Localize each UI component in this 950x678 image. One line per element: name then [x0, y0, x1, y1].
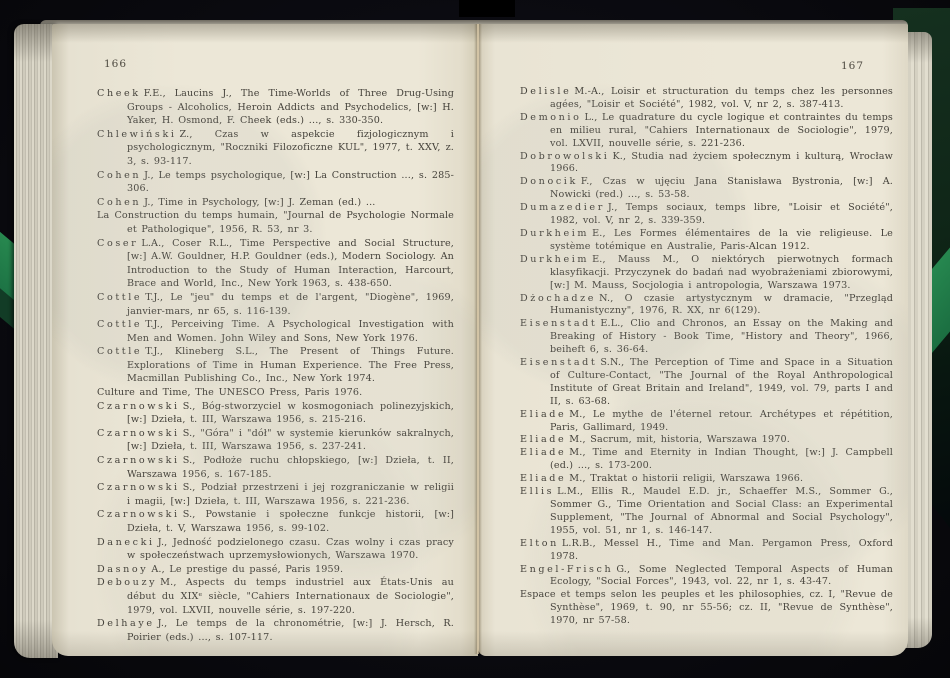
bibliography-entry: DonocikF., Czas w ujęciu Jana Stanisława…	[520, 176, 893, 202]
author-name: Cottle	[97, 292, 145, 303]
bibliography-entry: CottleT.J., Le "jeu" du temps et de l'ar…	[97, 291, 454, 318]
bibliography-entry: EltonL.R.B., Messel H., Time and Man. Pe…	[520, 538, 893, 564]
author-name: Eisenstadt	[520, 318, 600, 329]
bibliography-entry: DelisleM.-A., Loisir et structuration du…	[520, 86, 893, 112]
bibliography-entry: DasnoyA., Le prestige du passé, Paris 19…	[97, 563, 454, 577]
bibliography-entry: CzarnowskiS., "Góra" i "dół" w systemie …	[97, 427, 454, 454]
page-edges-right	[904, 32, 932, 648]
bibliography-entry: EisenstadtS.N., The Perception of Time a…	[520, 357, 893, 409]
bibliography-entry: DumazedierJ., Temps sociaux, temps libre…	[520, 202, 893, 228]
author-name: Danecki	[97, 537, 158, 548]
bibliography-entry: EisenstadtE.L., Clio and Chronos, an Ess…	[520, 318, 893, 357]
author-name: Eliade	[520, 409, 569, 420]
page-right: 167 DelisleM.-A., Loisir et structuratio…	[478, 24, 908, 656]
bibliography-entry: DurkheimE., Mauss M., O niektórych pierw…	[520, 254, 893, 293]
bibliography-entry: EliadeM., Time and Eternity in Indian Th…	[520, 447, 893, 473]
author-name: Cottle	[97, 346, 145, 357]
page-number-left: 166	[104, 58, 478, 70]
book-gutter	[474, 24, 482, 654]
author-name: Delisle	[520, 86, 574, 97]
bibliography-entry: DurkheimE., Les Formes élémentaires de l…	[520, 228, 893, 254]
bibliography-entry: CzarnowskiS., Bóg-stworzyciel w kosmogon…	[97, 400, 454, 427]
author-name: Dumazedier	[520, 202, 608, 213]
author-name: Delhaye	[97, 618, 158, 629]
bibliography-entry: EliadeM., Traktat o historii religii, Wa…	[520, 473, 893, 486]
author-name: Engel-Frisch	[520, 564, 616, 575]
author-name: Cohen	[97, 170, 144, 181]
bibliography-entry: CottleT.J., Perceiving Time. A Psycholog…	[97, 318, 454, 345]
author-name: Dżochadze	[520, 293, 599, 304]
author-name: Czarnowski	[97, 509, 183, 520]
author-name: Ellis	[520, 486, 557, 497]
bibliography-entry: CohenJ., Time in Psychology, [w:] J. Zem…	[97, 196, 454, 210]
author-name: Czarnowski	[97, 482, 183, 493]
author-name: Cheek	[97, 88, 144, 99]
author-name: Eliade	[520, 473, 569, 484]
bibliography-entry: DebouzyM., Aspects du temps industriel a…	[97, 576, 454, 617]
author-name: Eliade	[520, 447, 569, 458]
bibliography-entry: DemonioL., Le quadrature du cycle logiqu…	[520, 112, 893, 151]
author-name: Czarnowski	[97, 428, 183, 439]
bibliography-list-right: DelisleM.-A., Loisir et structuration du…	[520, 86, 893, 628]
bibliography-entry: DelhayeJ., Le temps de la chronométrie, …	[97, 617, 454, 644]
bibliography-entry: CzarnowskiS., Podłoże ruchu chłopskiego,…	[97, 454, 454, 481]
author-name: Elton	[520, 538, 562, 549]
author-name: Coser	[97, 238, 141, 249]
bibliography-entry: EllisL.M., Ellis R., Maudel E.D. jr., Sc…	[520, 486, 893, 538]
open-book: 166 CheekF.E., Laucins J., The Time-Worl…	[0, 0, 950, 678]
bibliography-entry: Espace et temps selon les peuples et les…	[520, 589, 893, 628]
page-left: 166 CheekF.E., Laucins J., The Time-Worl…	[52, 24, 478, 656]
author-name: Cottle	[97, 319, 145, 330]
page-number-right: 167	[478, 60, 864, 72]
author-name: Durkheim	[520, 228, 592, 239]
author-name: Dasnoy	[97, 564, 151, 575]
author-name: Debouzy	[97, 577, 160, 588]
bibliography-entry: EliadeM., Le mythe de l'éternel retour. …	[520, 409, 893, 435]
bibliography-entry: CoserL.A., Coser R.L., Time Perspective …	[97, 237, 454, 291]
bibliography-entry: DaneckiJ., Jedność podzielonego czasu. C…	[97, 536, 454, 563]
author-name: Durkheim	[520, 254, 592, 265]
bibliography-entry: EliadeM., Sacrum, mit, historia, Warszaw…	[520, 434, 893, 447]
bibliography-entry: CottleT.J., Klineberg S.L., The Present …	[97, 345, 454, 386]
bibliography-entry: CzarnowskiS., Podział przestrzeni i jej …	[97, 481, 454, 508]
bibliography-entry: La Construction du temps humain, "Journa…	[97, 209, 454, 236]
bibliography-entry: CheekF.E., Laucins J., The Time-Worlds o…	[97, 87, 454, 128]
bibliography-entry: DżochadzeN., O czasie artystycznym w dra…	[520, 293, 893, 319]
bibliography-entry: DobrowolskiK., Studia nad życiem społecz…	[520, 151, 893, 177]
bibliography-entry: CohenJ., Le temps psychologique, [w:] La…	[97, 169, 454, 196]
bibliography-entry: Culture and Time, The UNESCO Press, Pari…	[97, 386, 454, 400]
author-name: Eliade	[520, 434, 569, 445]
author-name: Cohen	[97, 197, 144, 208]
bibliography-list-left: CheekF.E., Laucins J., The Time-Worlds o…	[97, 87, 454, 644]
bibliography-entry: Engel-FrischG., Some Neglected Temporal …	[520, 564, 893, 590]
author-name: Chlewiński	[97, 129, 180, 140]
author-name: Czarnowski	[97, 401, 183, 412]
author-name: Eisenstadt	[520, 357, 600, 368]
bibliography-entry: CzarnowskiS., Powstanie i społeczne funk…	[97, 508, 454, 535]
bibliography-entry: ChlewińskiZ., Czas w aspekcie fizjologic…	[97, 128, 454, 169]
author-name: Demonio	[520, 112, 584, 123]
author-name: Donocik	[520, 176, 581, 187]
author-name: Dobrowolski	[520, 151, 612, 162]
author-name: Czarnowski	[97, 455, 183, 466]
